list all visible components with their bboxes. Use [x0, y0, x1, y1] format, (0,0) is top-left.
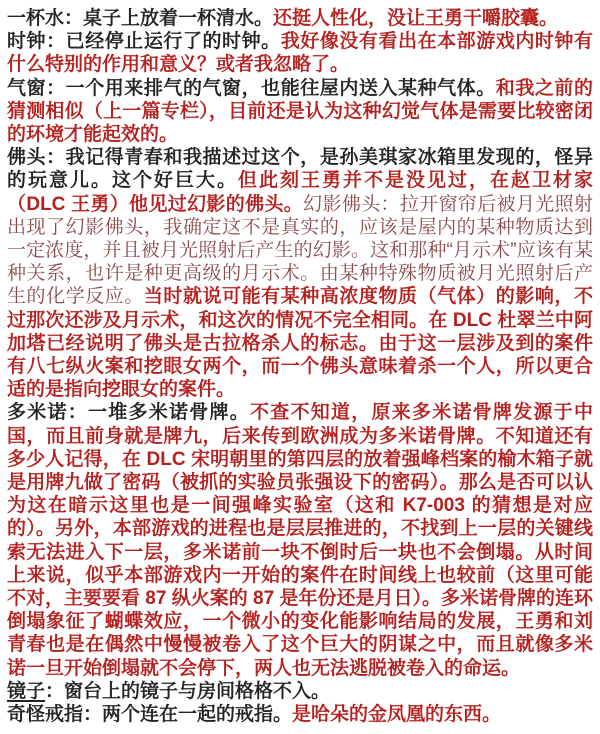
text-segment: 奇怪戒指：两个连在一起的戒指。 — [7, 704, 292, 725]
section-buddha-head: 佛头：我记得青春和我描述过这个，是孙美琪家冰箱里发现的，怪异的玩意儿。这个好巨大… — [7, 146, 593, 401]
text-segment: 气窗：一个用来排气的气窗，也能往屋内送入某种气体。 — [7, 78, 496, 99]
document: 一杯水：桌子上放着一杯清水。还挺人性化，没让王勇干嚼胶囊。时钟：已经停止运行了的… — [0, 0, 600, 734]
section-domino: 多米诺：一堆多米诺骨牌。不查不知道，原来多米诺骨牌发源于中国，而且前身就是牌九，… — [7, 401, 593, 679]
document-sections: 一杯水：桌子上放着一杯清水。还挺人性化，没让王勇干嚼胶囊。时钟：已经停止运行了的… — [7, 7, 593, 726]
section-strange-rings: 奇怪戒指：两个连在一起的戒指。是哈朵的金凤凰的东西。 — [7, 703, 593, 726]
text-segment: 不查不知道，原来多米诺骨牌发源于中国，而且前身就是牌九，后来传到欧洲成为多米诺骨… — [7, 402, 593, 678]
text-segment: 一杯水：桌子上放着一杯清水。 — [7, 8, 273, 29]
text-segment: 多米诺：一堆多米诺骨牌。 — [7, 402, 250, 423]
section-mirror: 镜子：窗台上的镜子与房间格格不入。 — [7, 680, 593, 703]
page: { "document": { "background": "#ffffff",… — [0, 0, 600, 734]
section-transom-window: 气窗：一个用来排气的气窗，也能往屋内送入某种气体。和我之前的猜测相似（上一篇专栏… — [7, 77, 593, 147]
section-clock: 时钟：已经停止运行了的时钟。我好像没有看出在本部游戏内时钟有什么特别的作用和意义… — [7, 30, 593, 76]
text-segment: 还挺人性化，没让王勇干嚼胶囊。 — [273, 8, 558, 29]
text-segment: 是哈朵的金凤凰的东西。 — [292, 704, 501, 725]
section-water: 一杯水：桌子上放着一杯清水。还挺人性化，没让王勇干嚼胶囊。 — [7, 7, 593, 30]
text-segment: 镜子 — [7, 681, 45, 702]
text-segment: 时钟：已经停止运行了的时钟。 — [7, 31, 281, 52]
text-segment: ：窗台上的镜子与房间格格不入。 — [45, 681, 330, 702]
